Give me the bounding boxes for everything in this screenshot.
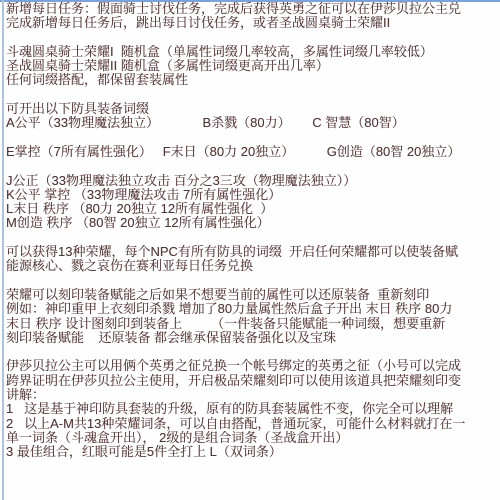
text-line: M创造 秩序 （80智 20独立 12所有属性强化） — [6, 216, 500, 230]
text-line: 可以获得13种荣耀，每个NPC有所有防具的词缀 开启任何荣耀都可以使装备赋 — [6, 245, 500, 259]
text-line: 荣耀可以刻印装备赋能之后如果不想要当前的属性可以还原装备 重新刻印 — [6, 288, 500, 302]
text-line: 斗魂圆桌骑士荣耀I 随机盒（单属性词缀几率较高，多属性词缀几率较低） — [6, 45, 500, 59]
text-line: 讲解： — [6, 388, 500, 402]
text-line: A公平（33物理魔法独立） B杀戮（80力） C 智慧（80智） — [6, 116, 500, 130]
text-line: L末日 秩序 （80力 20独立 12所有属性强化 ） — [6, 202, 500, 216]
text-line: 跨界证明在伊莎贝拉公主使用，开启极品荣耀刻印可以使用该道具把荣耀刻印变 — [6, 374, 500, 388]
text-line: 新增每日任务：假面骑士讨伐任务，完成后获得英勇之征可以在伊莎贝拉公主兑 — [6, 2, 500, 16]
text-line: 1 这是基于神印防具套装的升级，原有的防具套装属性不变，你完全可以理解 — [6, 402, 500, 416]
text-line — [6, 88, 500, 102]
text-line: 完成新增每日任务后，跳出每日讨伐任务，或者圣战圆桌骑士荣耀II — [6, 16, 500, 30]
text-line: 任何词缀搭配，都保留套装属性 — [6, 73, 500, 87]
text-line: 能源核心、戮之哀伤在赛利亚每日任务兑换 — [6, 259, 500, 273]
notes-text-area: 新增每日任务：假面骑士讨伐任务，完成后获得英勇之征可以在伊莎贝拉公主兑完成新增每… — [6, 2, 500, 498]
text-line: 3 最佳组合，红眼可能是5件全打上 L（双词条） — [6, 445, 500, 459]
text-line: K公平 掌控 （33物理魔法攻击 7所有属性强化） — [6, 188, 500, 202]
text-line: 圣战圆桌骑士荣耀II 随机盒（多属性词缀更高开出几率） — [6, 59, 500, 73]
text-line: E掌控（7所有属性强化） F末日（80力 20独立） G创造（80智 20独立） — [6, 145, 500, 159]
text-line: 末日 秩序 设计图刻印到装备上 （一件装备只能赋能一种词缀，想要重新 — [6, 317, 500, 331]
text-line — [6, 231, 500, 245]
text-line: 单一词条（斗魂盒开出）， 2级的是组合词条（圣战盒开出） — [6, 431, 500, 445]
text-line: 刻印装备赋能 还原装备 都会继承保留装备强化以及宝珠 — [6, 331, 500, 345]
text-line — [6, 131, 500, 145]
window-border-left — [2, 0, 4, 500]
text-line: 2 以上A-M共13种荣耀词条，可以自由搭配，普通玩家，可能什么材料就打在一 — [6, 417, 500, 431]
text-line — [6, 345, 500, 359]
document-page: 新增每日任务：假面骑士讨伐任务，完成后获得英勇之征可以在伊莎贝拉公主兑完成新增每… — [0, 0, 500, 500]
text-line: 例如：神印重甲上衣刻印杀戮 增加了80力量属性然后盒子开出 末日 秩序 80力 — [6, 302, 500, 316]
text-line: J公正（33物理魔法独立攻击 百分之3三攻（物理魔法独立）） — [6, 174, 500, 188]
text-line — [6, 159, 500, 173]
text-line: 可开出以下防具装备词缀 — [6, 102, 500, 116]
text-line — [6, 274, 500, 288]
text-line: 伊莎贝拉公主可以用俩个英勇之征兑换一个帐号绑定的英勇之征（小号可以完成 — [6, 359, 500, 373]
text-line — [6, 31, 500, 45]
